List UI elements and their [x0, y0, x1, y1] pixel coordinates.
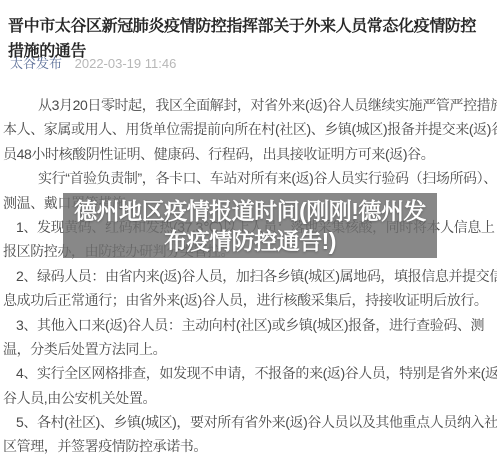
publish-timestamp: 2022-03-19 11:46 — [75, 56, 177, 71]
body-line: 息成功后正常通行；由省外来(返)谷人员，进行核酸采集后，持接收证明后放行。 — [3, 288, 497, 312]
body-line: 实行“首验负责制”，各卡口、车站对所有来(返)谷人员实行验码（扫场所码）、 — [3, 166, 497, 190]
body-line: 员48小时核酸阴性证明、健康码、行程码，出具接收证明方可来(返)谷。 — [3, 142, 497, 166]
byline: 太谷发布 2022-03-19 11:46 — [10, 55, 176, 73]
body-line: 谷人员,由公安机关处置。 — [3, 386, 497, 410]
article-page: 晋中市太谷区新冠肺炎疫情防控指挥部关于外来人员常态化疫情防控措施的通告 太谷发布… — [0, 0, 500, 456]
watermark-text-line: 布疫情防控通告!) — [164, 226, 336, 256]
body-line: 温，分类后处置方法同上。 — [3, 337, 497, 361]
body-line: 3、其他入口来(返)谷人员：主动向村(社区)或乡镇(城区)报备，进行查验码、测 — [3, 313, 497, 337]
watermark-overlay: 德州地区疫情报道时间(刚刚!德州发布疫情防控通告!) — [63, 193, 437, 258]
body-line: 本人、家属或用人、用货单位需提前向所在村(社区)、乡镇(城区)报备并提交来(返)… — [3, 117, 497, 141]
body-line: 从3月20日零时起，我区全面解封，对省外来(返)谷人员继续实施严管严控措施， — [3, 93, 497, 117]
body-line: 区管理，并签署疫情防控承诺书。 — [3, 434, 497, 456]
title-line: 晋中市太谷区新冠肺炎疫情防控指挥部关于外来人员常态化疫情防控 — [8, 14, 494, 39]
body-line: 4、实行全区网格排查，如发现不申请，不报备的来(返)谷人员，特别是省外来(返) — [3, 361, 497, 385]
body-line: 5、各村(社区)、乡镇(城区)，要对所有省外来(返)谷人员以及其他重点人员纳入社 — [3, 410, 497, 434]
watermark-text-line: 德州地区疫情报道时间(刚刚!德州发 — [74, 196, 426, 226]
article-body: 从3月20日零时起，我区全面解封，对省外来(返)谷人员继续实施严管严控措施，本人… — [3, 93, 497, 456]
body-line: 2、绿码人员：由省内来(返)谷人员，加扫各乡镇(城区)属地码，填报信息并提交信 — [3, 264, 497, 288]
source-account-link[interactable]: 太谷发布 — [10, 56, 62, 71]
